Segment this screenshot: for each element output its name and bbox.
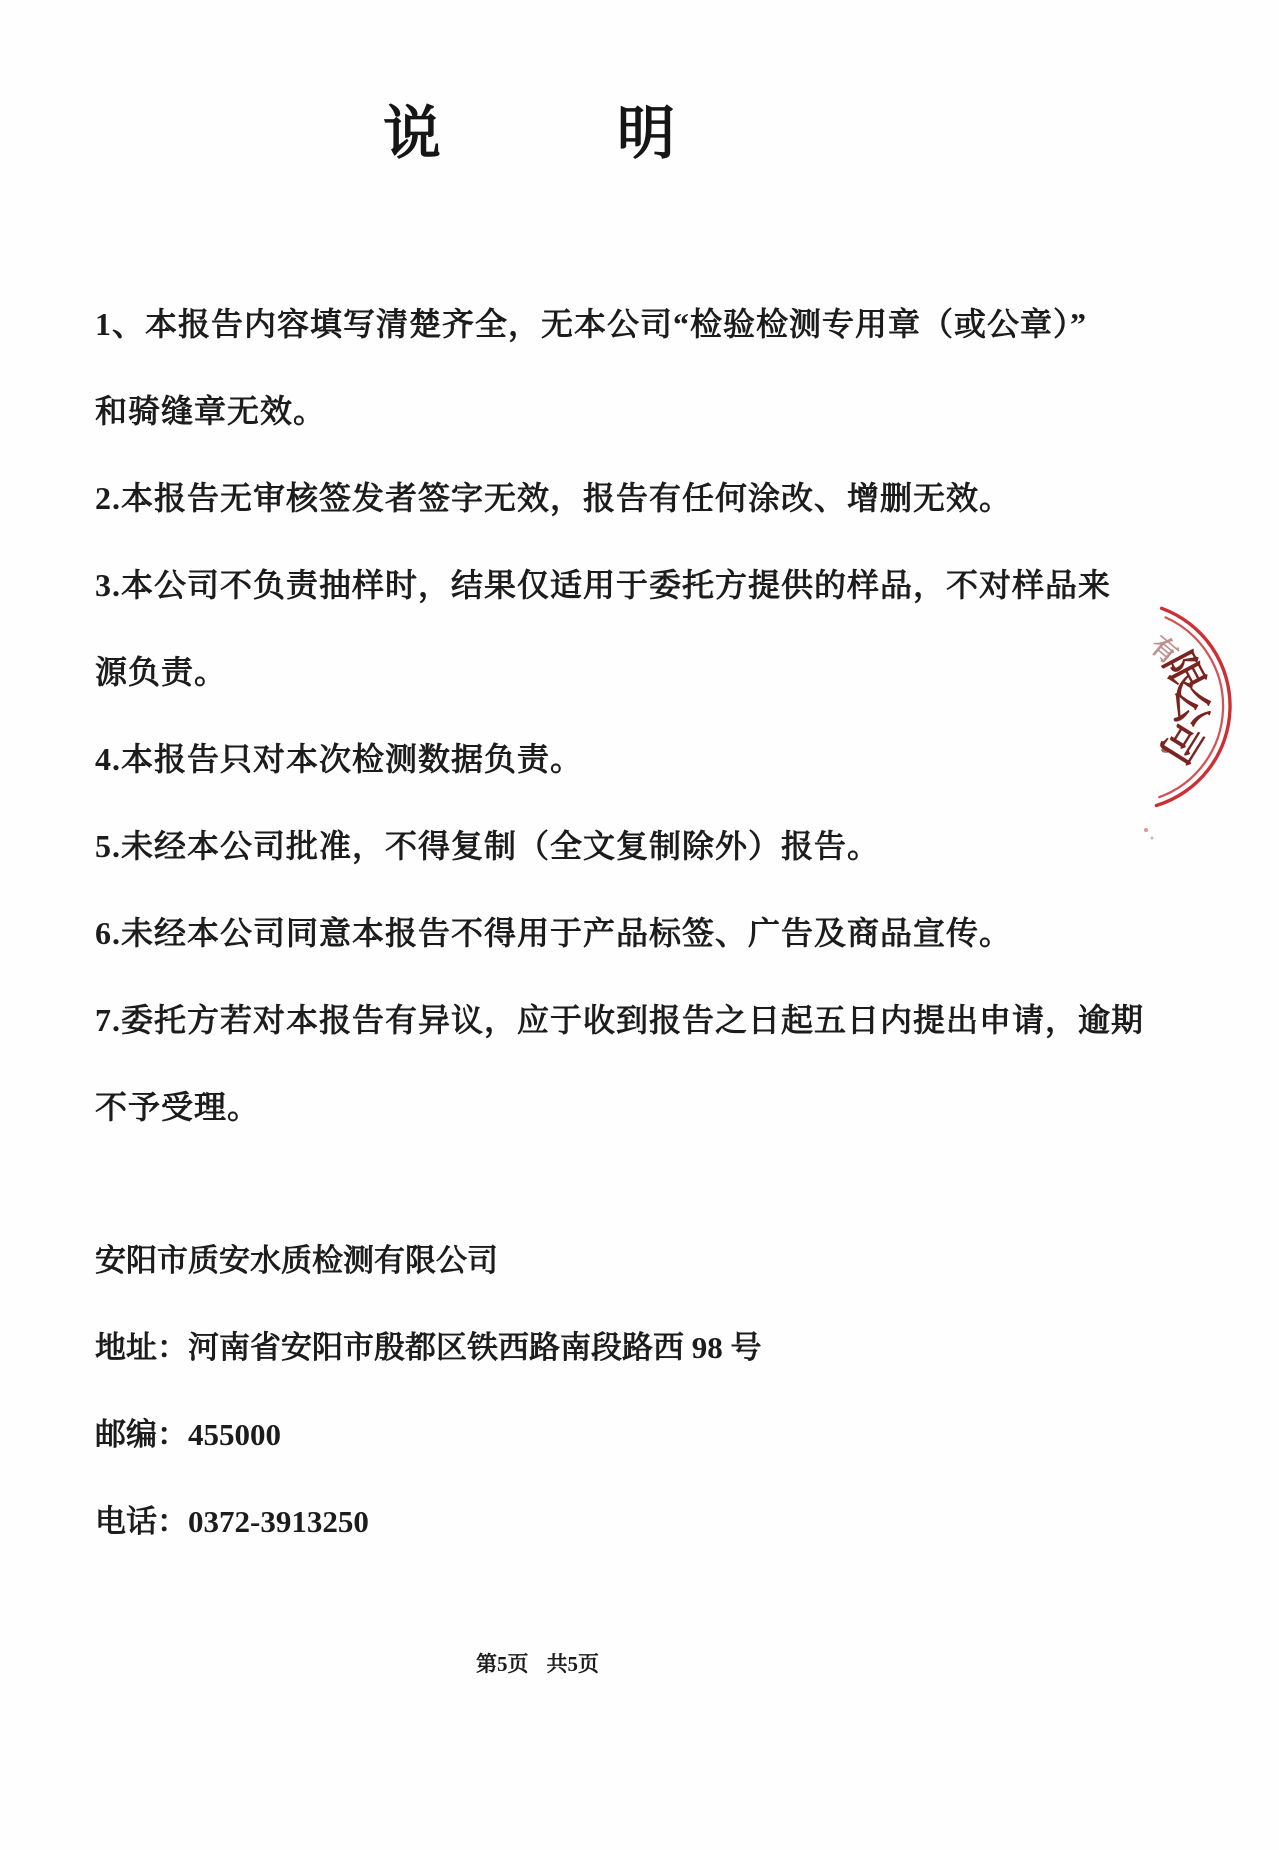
company-info-block: 安阳市质安水质检测有限公司 地址：河南省安阳市殷都区铁西路南段路西 98 号 邮… [95, 1217, 895, 1565]
red-seal-stamp: 限 公 司 有 、 [1060, 555, 1279, 885]
company-phone: 电话：0372-3913250 [95, 1478, 895, 1565]
footer-page-number: 第5页 [476, 1652, 529, 1676]
note-line: 6.未经本公司同意本报告不得用于产品标签、广告及商品宣传。 [95, 890, 975, 977]
title-char-2: 明 [617, 101, 675, 166]
note-line: 1、本报告内容填写清楚齐全，无本公司“检验检测专用章（或公章）” [95, 281, 975, 368]
note-line: 和骑缝章无效。 [95, 368, 975, 455]
notes-body: 1、本报告内容填写清楚齐全，无本公司“检验检测专用章（或公章）” 和骑缝章无效。… [95, 281, 975, 1151]
footer-page-total: 共5页 [547, 1652, 600, 1676]
company-address: 地址：河南省安阳市殷都区铁西路南段路西 98 号 [95, 1304, 895, 1391]
note-line: 4.本报告只对本次检测数据负责。 [95, 716, 975, 803]
note-line: 7.委托方若对本报告有异议，应于收到报告之日起五日内提出申请，逾期 [95, 977, 975, 1064]
note-line: 3.本公司不负责抽样时，结果仅适用于委托方提供的样品，不对样品来 [95, 542, 975, 629]
report-notes-page: 说明 1、本报告内容填写清楚齐全，无本公司“检验检测专用章（或公章）” 和骑缝章… [0, 0, 1279, 1850]
page-footer: 第5页共5页 [0, 1648, 1075, 1678]
seal-ink-speckle [1144, 828, 1148, 832]
company-postcode: 邮编：455000 [95, 1391, 895, 1478]
title-char-1: 说 [383, 101, 441, 166]
seal-ink-speckle [1151, 837, 1154, 840]
note-line: 源负责。 [95, 629, 975, 716]
page-title: 说明 [383, 86, 675, 170]
note-line: 不予受理。 [95, 1064, 975, 1151]
note-line: 5.未经本公司批准，不得复制（全文复制除外）报告。 [95, 803, 975, 890]
note-line: 2.本报告无审核签发者签字无效，报告有任何涂改、增删无效。 [95, 455, 975, 542]
company-name: 安阳市质安水质检测有限公司 [95, 1217, 895, 1304]
